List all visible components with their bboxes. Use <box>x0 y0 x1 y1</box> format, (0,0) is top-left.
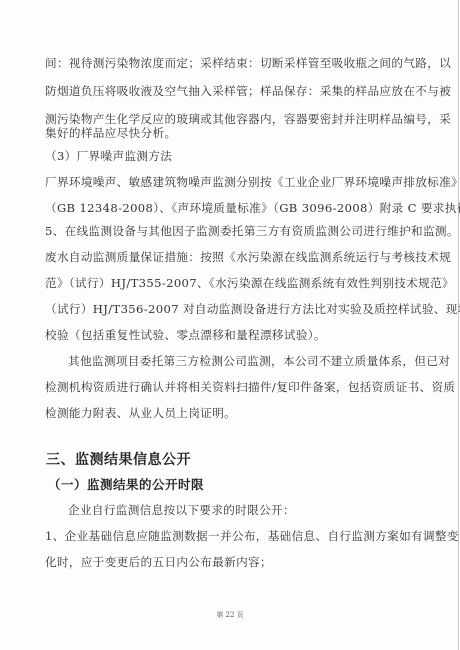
paragraph-line: 间：视待测污染物浓度而定；采样结束：切断采样管至吸收瓶之间的气路，以 <box>45 56 451 70</box>
subheading-noise-method: （3）厂界噪声监测方法 <box>45 149 172 163</box>
paragraph-line: 废水自动监测质量保证措施：按照《水污染源在线监测系统运行与考核技术规 <box>45 250 451 264</box>
paragraph-line: 企业自行监测信息按以下要求的时限公开： <box>68 503 295 517</box>
paragraph-line: 检测机构资质进行确认并将相关资料扫描件/复印件备案，包括资质证书、资质 <box>45 380 455 394</box>
paragraph-line: 厂界环境噪声、敏感建筑物噪声监测分别按《工业企业厂界环境噪声排放标准》 <box>45 175 460 189</box>
paragraph-line: （GB 12348-2008）、《声环境质量标准》（GB 3096-2008）附… <box>45 201 460 215</box>
paragraph-line: 校验（包括重复性试验、零点漂移和量程漂移试验）。 <box>45 328 326 342</box>
paragraph-line: （试行）HJ/T356-2007 对自动监测设备进行方法比对实验及质控样试验、现… <box>45 302 460 316</box>
paragraph-line: 5、在线监测设备与其他因子监测委托第三方有资质监测公司进行维护和监测。 <box>45 224 459 238</box>
section-heading: 三、监测结果信息公开 <box>46 449 191 469</box>
paragraph-line: 测污染物产生化学反应的玻璃或其他容器内，容器要密封并注明样品编号，采 <box>45 112 451 126</box>
paragraph-line: 范》（试行）HJ/T355-2007、《水污染源在线监测系统有效性判别技术规范》 <box>45 276 454 290</box>
paragraph-line: 检测能力附表、从业人员上岗证明。 <box>45 406 236 420</box>
document-page: 间：视待测污染物浓度而定；采样结束：切断采样管至吸收瓶之间的气路，以 防烟道负压… <box>0 0 460 650</box>
paragraph-line: 1、企业基础信息应随监测数据一并公布，基础信息、自行监测方案如有调整变 <box>45 529 459 543</box>
page-edge-divider <box>458 0 459 650</box>
paragraph-line: 集好的样品应尽快分析。 <box>45 126 176 140</box>
paragraph-line: 化时，应于变更后的五日内公布最新内容； <box>45 555 272 569</box>
page-number: 第 22 页 <box>0 610 460 620</box>
paragraph-line: 防烟道负压将吸收液及空气抽入采样管；样品保存：采集的样品应放在不与被 <box>45 84 451 98</box>
paragraph-line: 其他监测项目委托第三方检测公司监测，本公司不建立质量体系，但已对 <box>68 354 450 368</box>
subsection-heading: （一）监测结果的公开时限 <box>48 475 204 493</box>
